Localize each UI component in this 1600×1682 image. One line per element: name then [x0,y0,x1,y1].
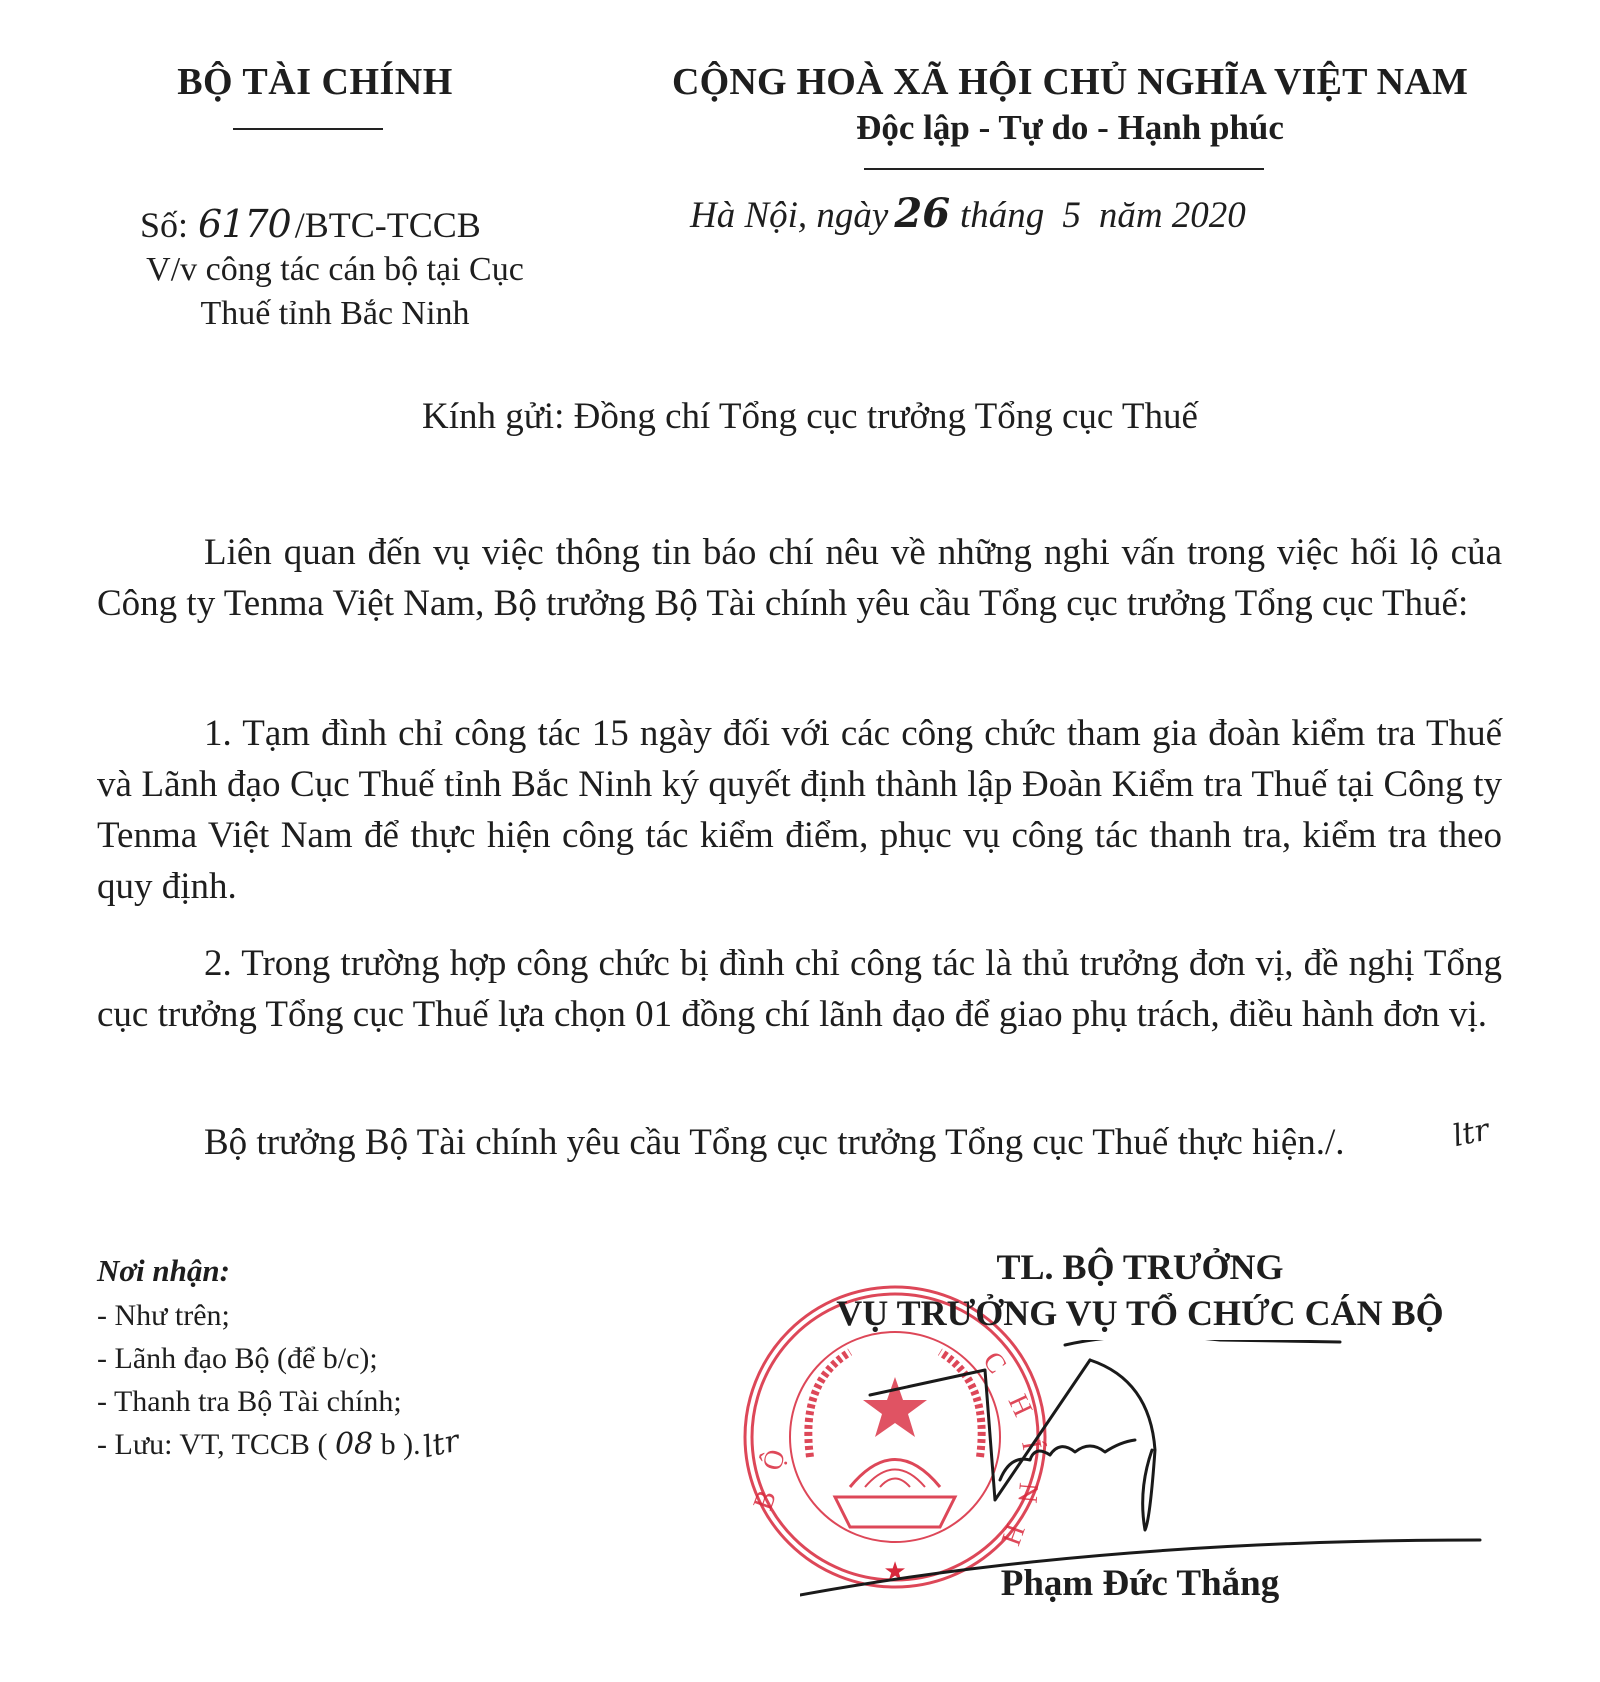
handwritten-initials: ltr [419,1420,463,1470]
paragraph-item-1: 1. Tạm đình chỉ công tác 15 ngày đối với… [97,708,1502,912]
subject-line-2: Thuế tỉnh Bắc Ninh [110,292,560,336]
copies-suffix: b ). [381,1428,421,1461]
handwritten-day: 26 [894,190,950,237]
recipient-item: - Lãnh đạo Bộ (để b/c); [97,1337,459,1380]
paragraph-closing: Bộ trưởng Bộ Tài chính yêu cầu Tổng cục … [97,1117,1502,1170]
recipient-item: - Thanh tra Bộ Tài chính; [97,1380,459,1423]
handwritten-initials: ltr [1343,1105,1493,1185]
svg-text:Ộ: Ộ [757,1446,792,1474]
signer-name: Phạm Đức Thắng [780,1562,1500,1605]
document-subject: V/v công tác cán bộ tại Cục Thuế tỉnh Bắ… [110,248,560,336]
recipients-list: - Như trên; - Lãnh đạo Bộ (để b/c); - Th… [97,1294,459,1466]
issuing-organization: BỘ TÀI CHÍNH [120,60,510,104]
month-value: 5 [1062,195,1081,236]
national-motto: Độc lập - Tự do - Hạnh phúc [640,108,1500,148]
svg-text:B: B [747,1486,783,1514]
national-title: CỘNG HOÀ XÃ HỘI CHỦ NGHĨA VIỆT NAM [640,60,1500,104]
date-prefix: Hà Nội, ngày [690,195,888,236]
org-underline [233,128,383,130]
closing-text: Bộ trưởng Bộ Tài chính yêu cầu Tổng cục … [204,1122,1345,1163]
archive-label: - Lưu: VT, TCCB ( [97,1428,327,1461]
paragraph-intro: Liên quan đến vụ việc thông tin báo chí … [97,527,1502,629]
place-and-date: Hà Nội, ngày26tháng5năm 2020 [690,190,1510,237]
number-suffix: /BTC-TCCB [295,205,481,245]
number-label: Số: [140,205,188,245]
recipient-item: - Lưu: VT, TCCB ( 08 b ).ltr [97,1423,459,1466]
signer-title: VỤ TRƯỞNG VỤ TỔ CHỨC CÁN BỘ [780,1292,1500,1334]
addressee: Kính gửi: Đồng chí Tổng cục trưởng Tổng … [422,395,1422,438]
handwritten-number: 6170 [198,202,291,246]
year-label: năm 2020 [1099,195,1246,236]
handwritten-copies: 08 [335,1427,373,1462]
paragraph-item-2: 2. Trong trường hợp công chức bị đình ch… [97,938,1502,1040]
recipients-heading: Nơi nhận: [97,1253,230,1289]
recipient-item: - Như trên; [97,1294,459,1337]
subject-line-1: V/v công tác cán bộ tại Cục [110,248,560,292]
month-label: tháng [960,195,1044,236]
motto-underline [864,168,1264,170]
signing-authority: TL. BỘ TRƯỞNG [780,1246,1500,1288]
document-number: Số:6170/BTC-TCCB [140,202,560,246]
handwritten-signature-icon [800,1340,1520,1600]
